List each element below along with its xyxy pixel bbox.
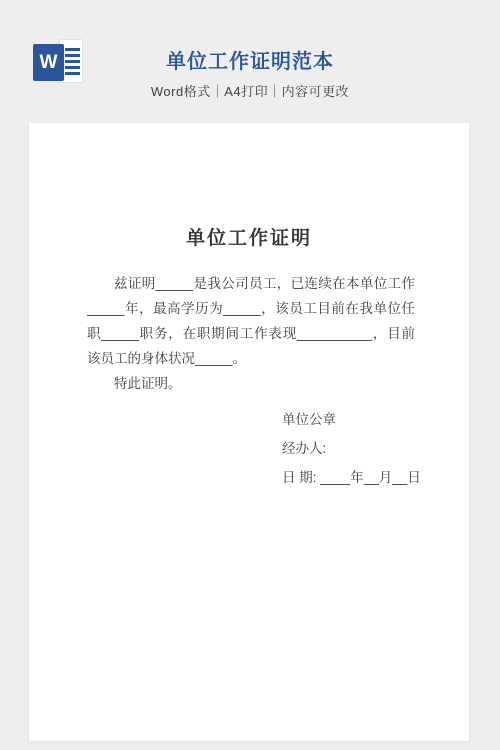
signature-block: 单位公章 经办人: 日 期: ____年__月__日: [282, 405, 469, 492]
date-label: 日 期: ____年__月__日: [282, 463, 469, 492]
handler-label: 经办人:: [282, 434, 469, 463]
document-closing: 特此证明。: [87, 371, 415, 396]
company-seal-label: 单位公章: [282, 405, 469, 434]
template-title: 单位工作证明范本: [0, 45, 500, 74]
document-title: 单位工作证明: [29, 223, 469, 250]
template-header: W 单位工作证明范本 Word格式｜A4打印｜内容可更改: [0, 0, 500, 123]
template-subtitle: Word格式｜A4打印｜内容可更改: [0, 81, 500, 100]
document-page: 单位工作证明 兹证明_____是我公司员工，已连续在本单位工作_____年，最高…: [29, 123, 469, 741]
document-body-paragraph: 兹证明_____是我公司员工，已连续在本单位工作_____年，最高学历为____…: [87, 271, 415, 371]
